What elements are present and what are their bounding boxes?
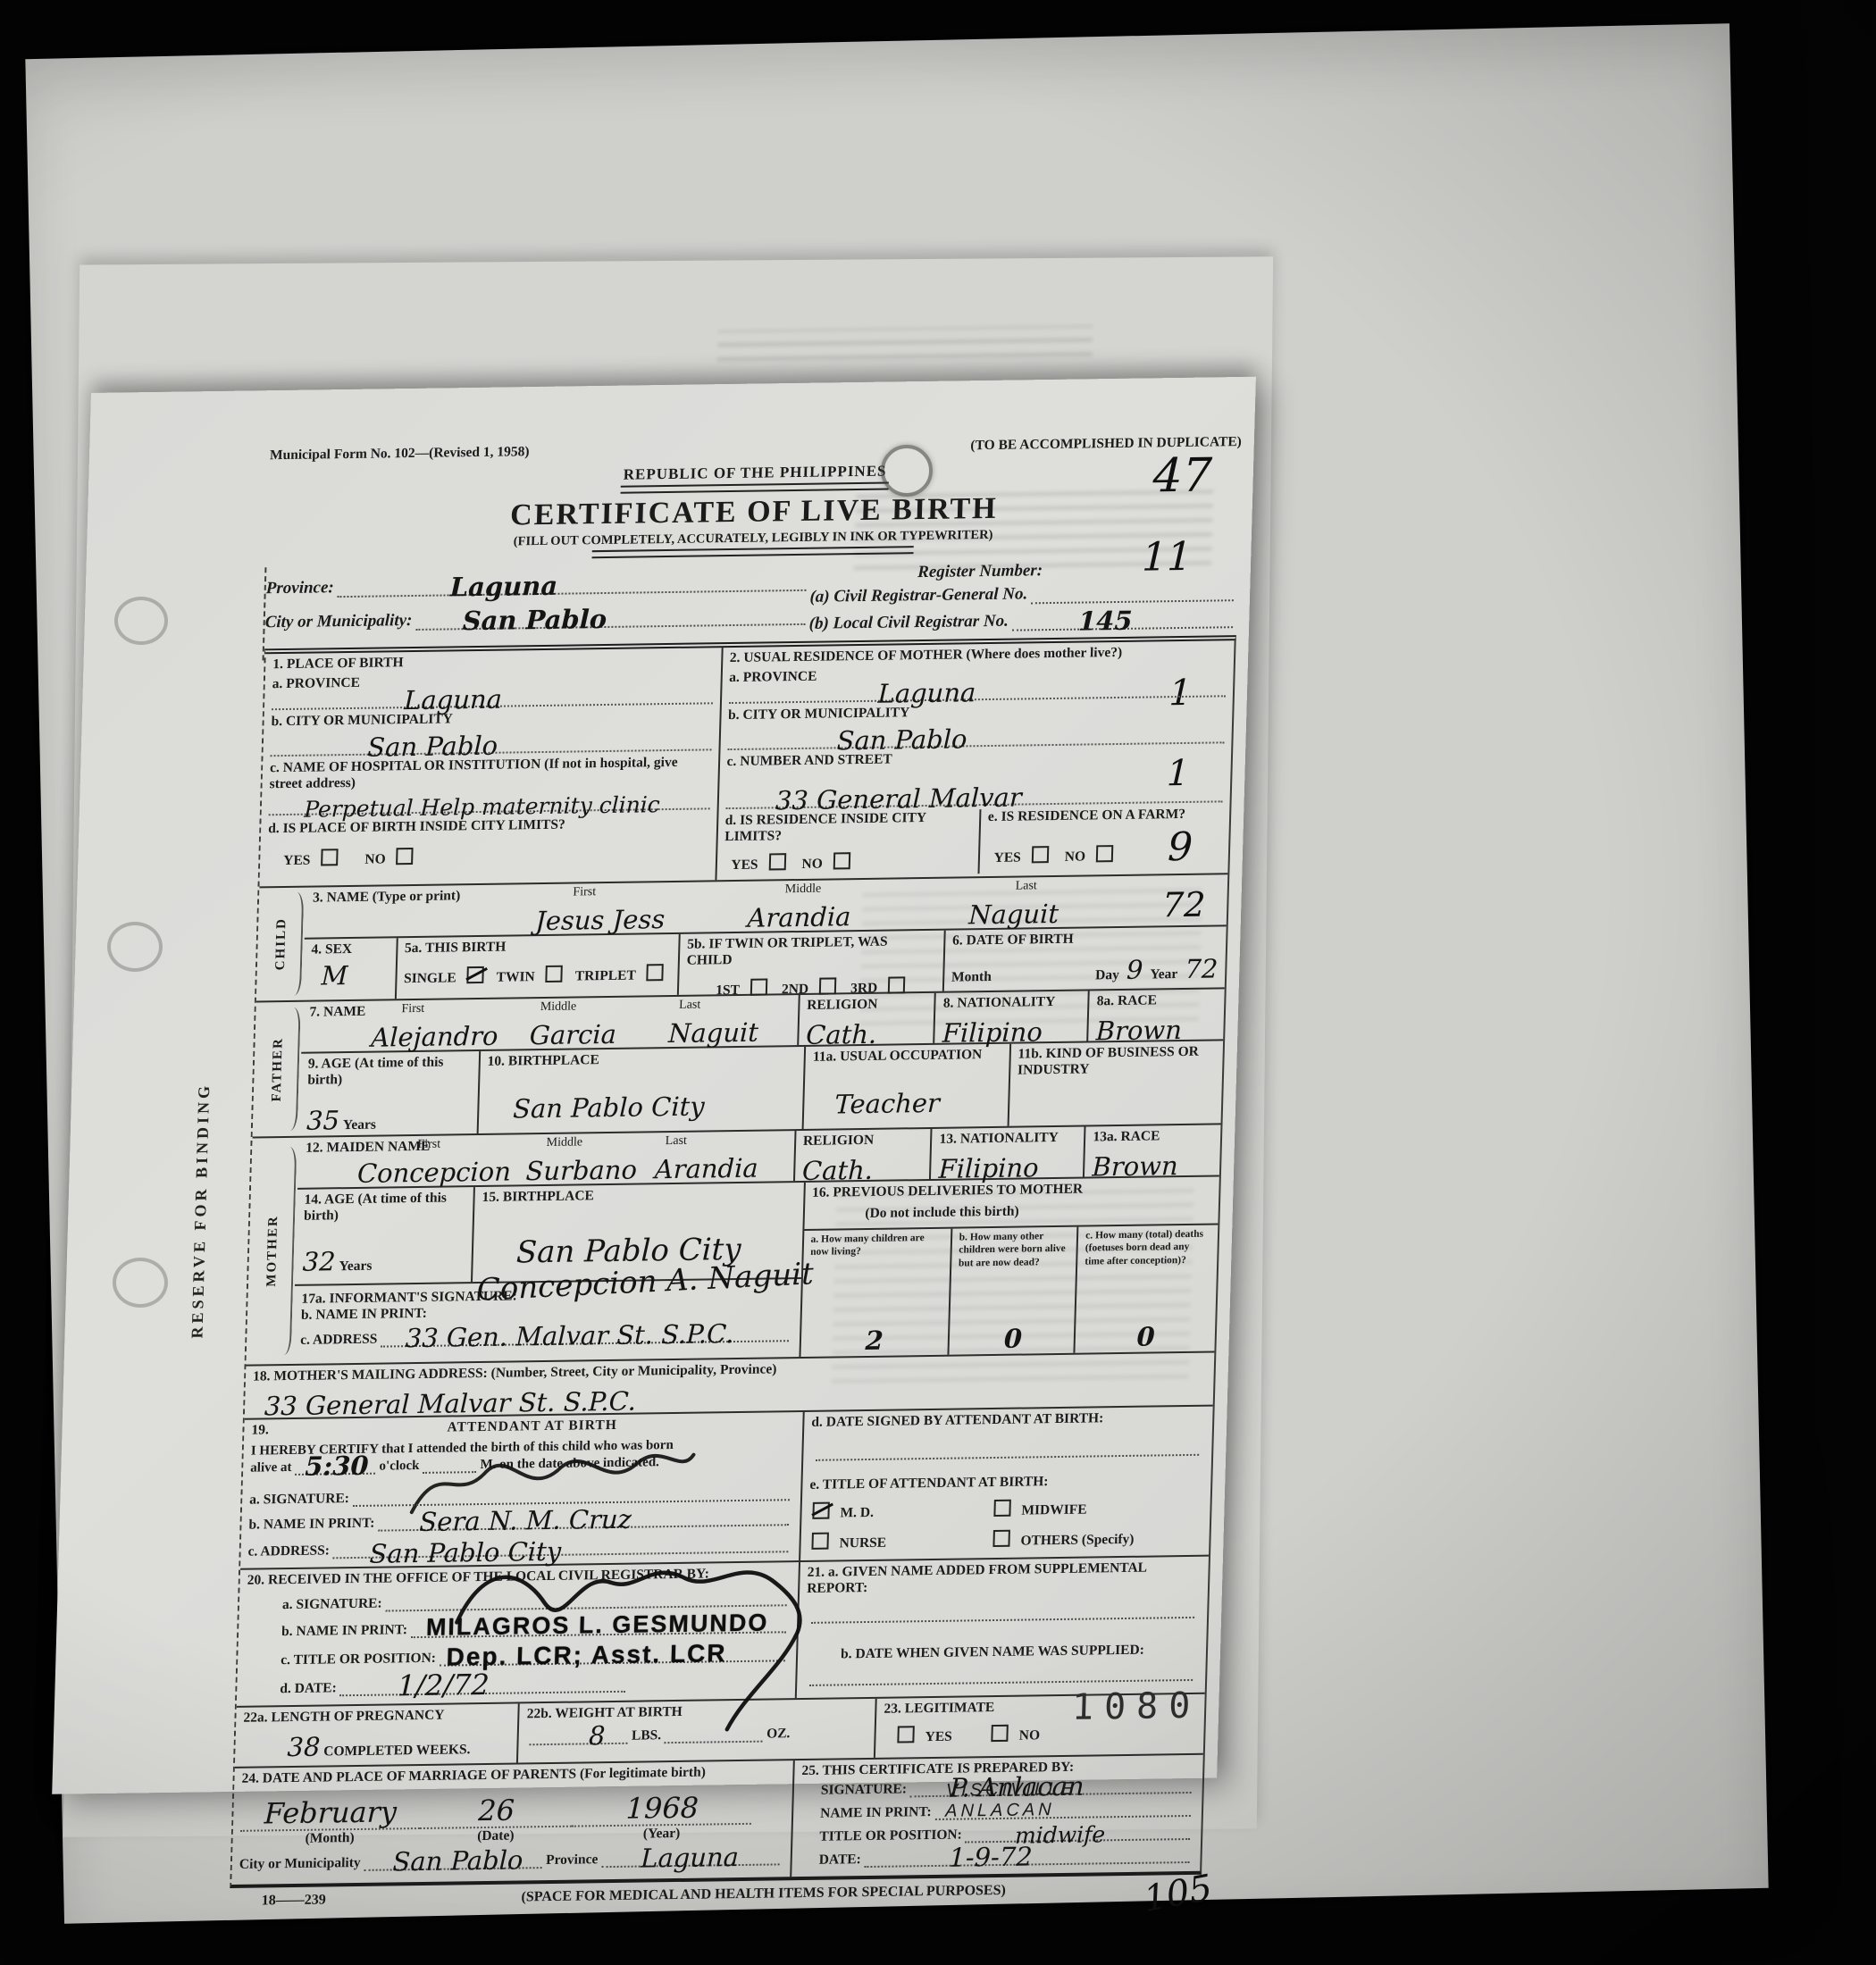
marriage-label: 24. DATE AND PLACE OF MARRIAGE OF PARENT… — [241, 1763, 785, 1787]
sec2-d-label: d. IS RESIDENCE INSIDE CITY LIMITS? — [724, 809, 979, 845]
attendant-print-field: Sera N. M. Cruz — [378, 1524, 789, 1531]
mother-band-label: MOTHER — [247, 1138, 299, 1365]
checkbox-nurse — [811, 1533, 829, 1550]
father-age-cell: 9. AGE (At time of this birth) 35 Years — [299, 1051, 479, 1136]
marriage-city-value: San Pablo — [392, 1847, 523, 1875]
punch-hole-top — [881, 445, 933, 497]
received-title-label: c. TITLE OR POSITION: — [281, 1651, 436, 1668]
mother-residence-cell: 2. USUAL RESIDENCE OF MOTHER (Where does… — [715, 640, 1235, 880]
informant-address-field: 33 Gen. Malvar St. S.P.C. — [381, 1340, 788, 1347]
mother-age-label: 14. AGE (At time of this birth) — [304, 1191, 447, 1224]
checkbox-single — [466, 966, 484, 983]
checkbox-legitimate-yes — [897, 1726, 915, 1743]
father-race-cell: 8a. RACE Brown — [1087, 989, 1225, 1041]
child-band-label: CHILD — [256, 888, 306, 1001]
form-table: 1. PLACE OF BIRTH a. PROVINCE Laguna b. … — [230, 635, 1236, 1888]
mother-religion-label: RELIGION — [803, 1133, 875, 1149]
prev-fetal-cell: c. How many (total) deaths (foetuses bor… — [1074, 1225, 1219, 1352]
received-cell: 20. RECEIVED IN THE OFFICE OF THE LOCAL … — [237, 1562, 799, 1706]
mother-age-unit: Years — [339, 1258, 373, 1275]
marriage-year-header: (Year) — [572, 1823, 752, 1844]
child-first-header: First — [573, 885, 596, 899]
binding-label-text: RESERVE FOR BINDING — [188, 1083, 214, 1339]
prepared-cell: 25. THIS CERTIFICATE IS PREPARED BY: SIG… — [790, 1755, 1203, 1877]
received-label: 20. RECEIVED IN THE OFFICE OF THE LOCAL … — [247, 1565, 791, 1589]
marriage-city-label: City or Municipality — [239, 1855, 361, 1873]
checkbox-place-no — [396, 848, 414, 865]
legitimate-cell: 23. LEGITIMATE YES NO 1080 — [874, 1694, 1205, 1758]
father-band: FATHER 7. NAME First Middle Last Alejand… — [253, 989, 1225, 1138]
dob-year-header: Year — [1150, 966, 1178, 982]
received-row: 20. RECEIVED IN THE OFFICE OF THE LOCAL … — [237, 1557, 1209, 1708]
supplemental-cell: 21. a. GIVEN NAME ADDED FROM SUPPLEMENTA… — [795, 1557, 1209, 1698]
supplemental-a-field — [811, 1615, 1194, 1624]
mother-band: MOTHER 12. MAIDEN NAME First Middle Last… — [246, 1125, 1220, 1366]
checkbox-legitimate-no — [992, 1725, 1009, 1742]
sec2-b-label: b. CITY OR MUNICIPALITY — [728, 705, 910, 723]
checkbox-md — [812, 1502, 830, 1519]
city-field: San Pablo — [415, 623, 806, 631]
province-label: Province: — [265, 578, 334, 598]
mother-first-value: Concepcion — [357, 1159, 512, 1187]
received-title-field: Dep. LCR; Asst. LCR — [440, 1660, 785, 1666]
father-occupation-value: Teacher — [834, 1090, 1001, 1118]
sex-cell: 4. SEX M — [303, 938, 396, 999]
mother-religion-value: Cath. — [802, 1157, 923, 1184]
received-date-label: d. DATE: — [280, 1680, 337, 1697]
this-birth-cell: 5a. THIS BIRTH SINGLE TWIN TRIPLET — [394, 934, 678, 999]
place-residence-row: 1. PLACE OF BIRTH a. PROVINCE Laguna b. … — [259, 640, 1234, 888]
attendant-print-value: Sera N. M. Cruz — [419, 1507, 632, 1535]
marriage-date-value: 26 — [420, 1795, 573, 1826]
registrar-name-stamp: MILAGROS L. GESMUNDO — [426, 1610, 769, 1642]
checkbox-2nd — [819, 977, 837, 994]
checkbox-residence-yes — [768, 853, 786, 870]
father-last-value: Naguit — [668, 1020, 759, 1047]
attendant-date-signed-field — [816, 1452, 1199, 1461]
twin-label: TWIN — [496, 969, 535, 985]
attendant-right-cell: d. DATE SIGNED BY ATTENDANT AT BIRTH: e.… — [799, 1407, 1213, 1560]
pregnancy-cell: 22a. LENGTH OF PREGNANCY 38 COMPLETED WE… — [235, 1703, 518, 1766]
civil-registrar-general-field — [1031, 599, 1234, 604]
attendant-sig-label: a. SIGNATURE: — [249, 1491, 349, 1509]
margin-number-105: 105 — [1141, 1867, 1214, 1920]
prepared-print-field: VISCIVILLE ANLACAN — [934, 1815, 1190, 1820]
checkbox-place-yes — [321, 849, 339, 865]
mother-nationality-cell: 13. NATIONALITY Filipino — [929, 1127, 1084, 1179]
prepared-date-label: DATE: — [818, 1852, 861, 1869]
triplet-label: TRIPLET — [574, 968, 636, 984]
attendant-title-label: e. TITLE OF ATTENDANT AT BIRTH: — [809, 1472, 1203, 1493]
dob-year-value: 72 — [1185, 956, 1219, 982]
punch-hole — [113, 1258, 168, 1308]
sec2-d-no: NO — [801, 857, 823, 872]
prev-living-value: 2 — [865, 1328, 884, 1354]
sec1-b-label: b. CITY OR MUNICIPALITY — [271, 711, 453, 729]
sec1-title: 1. PLACE OF BIRTH — [272, 650, 714, 673]
dob-label: 6. DATE OF BIRTH — [952, 929, 1219, 949]
sex-value: M — [321, 962, 388, 989]
mother-middle-header: Middle — [546, 1135, 582, 1150]
birth-certificate-page: RESERVE FOR BINDING 47 11 1 1 9 72 Munic… — [52, 377, 1256, 1794]
local-civil-registrar-value: 145 — [1078, 608, 1133, 635]
twin-order-label: 5b. IF TWIN OR TRIPLET, WAS CHILD — [686, 933, 936, 969]
prev-living-label: a. How many children are now living? — [810, 1233, 925, 1258]
prepared-title-label: TITLE OR POSITION: — [819, 1827, 962, 1845]
local-civil-registrar-label: (b) Local Civil Registrar No. — [808, 612, 1009, 634]
sec2-a-label: a. PROVINCE — [729, 669, 817, 685]
sec2-c-value: 33 General Malvar — [775, 784, 1023, 814]
previous-deliveries-label: 16. PREVIOUS DELIVERIES TO MOTHER — [812, 1180, 1212, 1201]
midwife-label: MIDWIFE — [1021, 1502, 1087, 1518]
city-value: San Pablo — [462, 606, 607, 634]
father-middle-header: Middle — [540, 999, 577, 1015]
sec1-a-label: a. PROVINCE — [272, 675, 361, 691]
prepared-print-label: NAME IN PRINT: — [820, 1804, 932, 1822]
attendant-meridian-field — [423, 1471, 476, 1474]
marriage-cell: 24. DATE AND PLACE OF MARRIAGE OF PARENT… — [231, 1760, 793, 1885]
local-civil-registrar-field: 145 — [1012, 626, 1234, 631]
prev-living-cell: a. How many children are now living? 2 — [800, 1229, 951, 1357]
checkbox-farm-yes — [1032, 846, 1050, 863]
weight-cell: 22b. WEIGHT AT BIRTH 8 LBS. OZ. — [516, 1699, 875, 1763]
marriage-month-header: (Month) — [239, 1827, 420, 1848]
mother-name-label: 12. MAIDEN NAME — [306, 1139, 431, 1156]
civil-registrar-general-label: (a) Civil Registrar-General No. — [809, 584, 1027, 606]
received-print-label: b. NAME IN PRINT: — [281, 1622, 407, 1640]
father-religion-value: Cath. — [806, 1021, 926, 1049]
marriage-month-value: February — [240, 1797, 421, 1828]
form-number: Municipal Form No. 102—(Revised 1, 1958) — [270, 444, 530, 464]
child-band: CHILD 3. NAME (Type or print) First Midd… — [256, 874, 1227, 1002]
province-value: Laguna — [449, 573, 557, 601]
father-business-cell: 11b. KIND OF BUSINESS OR INDUSTRY — [1007, 1041, 1223, 1125]
prev-fetal-value: 0 — [1136, 1324, 1155, 1350]
sec2-e-label: e. IS RESIDENCE ON A FARM? — [988, 806, 1223, 825]
duplicate-note: (TO BE ACCOMPLISHED IN DUPLICATE) — [970, 434, 1242, 454]
checkbox-residence-no — [833, 852, 851, 869]
father-birthplace-label: 10. BIRTHPLACE — [487, 1052, 599, 1069]
mother-birthplace-label: 15. BIRTHPLACE — [482, 1188, 594, 1205]
father-religion-label: RELIGION — [807, 997, 878, 1013]
child-brace — [290, 892, 304, 996]
marriage-province-label: Province — [546, 1852, 599, 1869]
mother-last-header: Last — [666, 1134, 688, 1149]
punch-hole — [114, 597, 168, 645]
marriage-date-header: (Date) — [419, 1826, 572, 1845]
marriage-city-field: San Pablo — [364, 1867, 542, 1871]
mother-race-label: 13a. RACE — [1093, 1128, 1160, 1144]
others-label: OTHERS (Specify) — [1020, 1532, 1134, 1549]
sec1-c-label: c. NAME OF HOSPITAL OR INSTITUTION (If n… — [269, 755, 677, 791]
checkbox-others — [992, 1530, 1010, 1547]
place-of-birth-cell: 1. PLACE OF BIRTH a. PROVINCE Laguna b. … — [259, 648, 721, 886]
mother-first-header: First — [417, 1138, 440, 1152]
attendant-address-label: c. ADDRESS: — [247, 1543, 330, 1559]
dob-day-value: 9 — [1126, 957, 1143, 983]
father-age-label: 9. AGE (At time of this birth) — [307, 1055, 444, 1088]
sec2-c-label: c. NUMBER AND STREET — [726, 752, 892, 770]
single-label: SINGLE — [404, 970, 456, 986]
supplemental-b-label: b. DATE WHEN GIVEN NAME WAS SUPPLIED: — [841, 1642, 1199, 1663]
city-label: City or Municipality: — [264, 611, 412, 632]
sec2-e-no: NO — [1065, 849, 1086, 865]
father-nationality-cell: 8. NATIONALITY Filipino — [934, 991, 1088, 1042]
mother-last-value: Arandia — [654, 1156, 758, 1183]
mother-religion-cell: RELIGION Cath. — [793, 1129, 931, 1181]
prev-dead-cell: b. How many other children were born ali… — [947, 1227, 1076, 1355]
attendant-time-field: 5:30 — [295, 1473, 375, 1476]
father-band-label: FATHER — [253, 1002, 303, 1137]
father-brace — [287, 1008, 301, 1131]
legitimate-no: NO — [1019, 1727, 1041, 1743]
previous-deliveries-cell: 16. PREVIOUS DELIVERIES TO MOTHER (Do no… — [799, 1176, 1219, 1357]
pregnancy-value: 38 — [287, 1732, 321, 1763]
attendant-row: 19. ATTENDANT AT BIRTH I HEREBY CERTIFY … — [240, 1407, 1213, 1570]
father-name-label: 7. NAME — [309, 1004, 365, 1020]
mother-race-cell: 13a. RACE Brown — [1083, 1125, 1220, 1176]
father-last-header: Last — [679, 999, 701, 1013]
weight-lbs-field: 8 — [530, 1743, 628, 1746]
prepared-sig-label: SIGNATURE: — [821, 1781, 908, 1798]
father-middle-value: Garcia — [529, 1022, 616, 1049]
marriage-province-field: Laguna — [601, 1863, 780, 1868]
child-middle-value: Arandia — [747, 904, 851, 932]
father-business-label: 11b. KIND OF BUSINESS OR INDUSTRY — [1018, 1044, 1199, 1078]
md-label: M. D. — [840, 1505, 874, 1521]
prev-dead-label: b. How many other children were born ali… — [959, 1231, 1066, 1268]
received-date-value: 1/2/72 — [397, 1670, 490, 1700]
pregnancy-unit: COMPLETED WEEKS. — [323, 1742, 471, 1759]
double-rule — [621, 482, 889, 494]
informant-address-label: c. ADDRESS — [300, 1332, 378, 1349]
received-sig-label: a. SIGNATURE: — [282, 1596, 382, 1614]
sec1-c-value: Perpetual Help maternity clinic — [304, 793, 660, 821]
register-number-label: Register Number: — [810, 558, 1238, 584]
previous-deliveries-note: (Do not include this birth) — [865, 1201, 1211, 1222]
twin-order-cell: 5b. IF TWIN OR TRIPLET, WAS CHILD 1ST 2N… — [677, 931, 944, 995]
mother-age-value: 32 — [302, 1246, 336, 1277]
father-race-value: Brown — [1095, 1016, 1216, 1044]
checkbox-twin — [546, 966, 564, 982]
prev-dead-value: 0 — [1003, 1326, 1022, 1352]
sec2-e-yes: YES — [993, 850, 1021, 865]
informant-cell: 17a. INFORMANT'S SIGNATURE: b. NAME IN P… — [293, 1279, 800, 1351]
punch-hole — [107, 922, 163, 972]
attendant-date-signed-label: d. DATE SIGNED BY ATTENDANT AT BIRTH: — [811, 1409, 1205, 1431]
mother-age-informant-row: 14. AGE (At time of this birth) 32 Years… — [293, 1176, 1219, 1364]
father-nationality-label: 8. NATIONALITY — [943, 994, 1056, 1011]
checkbox-farm-no — [1096, 845, 1114, 862]
legitimate-yes: YES — [925, 1729, 952, 1744]
pregnancy-label: 22a. LENGTH OF PREGNANCY — [243, 1707, 511, 1727]
sec2-d-yes: YES — [731, 857, 758, 873]
dob-day-header: Day — [1095, 967, 1119, 983]
child-middle-header: Middle — [784, 882, 821, 898]
father-birthplace-cell: 10. BIRTHPLACE San Pablo City — [476, 1047, 804, 1133]
scanned-photo-scene: RESERVE FOR BINDING 47 11 1 1 9 72 Munic… — [0, 0, 1876, 1965]
father-first-header: First — [401, 1002, 424, 1016]
checkbox-triplet — [647, 964, 665, 981]
prepared-date-field: 1-9-72 — [865, 1861, 1190, 1868]
attendant-certify-tail: M. on the date above indicated. — [480, 1455, 659, 1473]
prepared-date-value: 1-9-72 — [949, 1844, 1033, 1870]
marriage-province-value: Laguna — [641, 1844, 740, 1872]
father-age-value: 35 — [306, 1105, 340, 1136]
date-of-birth-cell: 6. DATE OF BIRTH Month Day 9 Year 72 — [942, 926, 1227, 991]
child-first-value: Jesus Jess — [535, 907, 666, 934]
sex-label: 4. SEX — [311, 941, 389, 957]
attendant-address-value: San Pablo City — [369, 1539, 561, 1568]
prev-fetal-label: c. How many (total) deaths (foetuses bor… — [1085, 1229, 1203, 1267]
child-last-value: Naguit — [968, 901, 1059, 928]
oz-label: OZ. — [766, 1726, 791, 1742]
father-occupation-cell: 11a. USUAL OCCUPATION Teacher — [802, 1044, 1009, 1129]
register-block: Province: Laguna City or Municipality: S… — [264, 558, 1238, 641]
checkbox-midwife — [993, 1500, 1011, 1517]
attendant-certify-aliveat: alive at — [250, 1460, 292, 1476]
attendant-section-number: 19. — [251, 1422, 269, 1438]
sec2-a-value: Laguna — [877, 680, 976, 707]
father-occupation-label: 11a. USUAL OCCUPATION — [813, 1047, 983, 1065]
attendant-address-field: San Pablo City — [333, 1551, 789, 1559]
sec2-title: 2. USUAL RESIDENCE OF MOTHER (Where does… — [730, 643, 1227, 666]
attendant-print-label: b. NAME IN PRINT: — [248, 1516, 374, 1534]
form-content: Municipal Form No. 102—(Revised 1, 1958)… — [229, 434, 1242, 1910]
footer-form-code: 18——239 — [261, 1892, 325, 1909]
marriage-prepared-row: 24. DATE AND PLACE OF MARRIAGE OF PARENT… — [231, 1755, 1203, 1885]
received-print-field: MILAGROS L. GESMUNDO — [411, 1631, 786, 1638]
supplemental-a-label: 21. a. GIVEN NAME ADDED FROM SUPPLEMENTA… — [807, 1559, 1202, 1597]
checkbox-3rd — [888, 976, 906, 993]
prepared-print-value: VISCIVILLE ANLACAN — [945, 1777, 1192, 1822]
reserve-for-binding-label: RESERVE FOR BINDING — [188, 918, 218, 1339]
checkbox-1st — [750, 978, 768, 995]
child-birth-row: 4. SEX M 5a. THIS BIRTH SINGLE TWIN — [303, 926, 1227, 999]
father-religion-cell: RELIGION Cath. — [797, 993, 934, 1045]
province-field: Laguna — [337, 589, 806, 598]
weight-value: 8 — [589, 1723, 606, 1749]
attendant-certify-oclock: o'clock — [379, 1459, 419, 1475]
registry-number-stamp: 1080 — [1071, 1685, 1202, 1728]
father-birthplace-value: San Pablo City — [513, 1092, 796, 1122]
lbs-label: LBS. — [632, 1727, 662, 1743]
informant-address-value: 33 Gen. Malvar St. S.P.C. — [405, 1321, 734, 1351]
child-last-header: Last — [1015, 879, 1037, 893]
father-name-cell: 7. NAME First Middle Last Alejandro Garc… — [301, 995, 798, 1052]
father-age-row: 9. AGE (At time of this birth) 35 Years … — [299, 1041, 1223, 1135]
sec1-no-label: NO — [364, 851, 386, 866]
dob-month-header: Month — [951, 969, 992, 986]
mother-age-cell: 14. AGE (At time of this birth) 32 Years — [295, 1187, 473, 1284]
attendant-title: ATTENDANT AT BIRTH — [269, 1415, 796, 1438]
mother-race-value: Brown — [1092, 1153, 1212, 1181]
weight-oz-field — [665, 1741, 763, 1744]
mother-nationality-label: 13. NATIONALITY — [939, 1130, 1059, 1147]
sec1-a-value: Laguna — [404, 687, 503, 715]
child-name-label: 3. NAME (Type or print) — [313, 888, 461, 905]
this-birth-label: 5a. THIS BIRTH — [405, 937, 672, 957]
father-first-value: Alejandro — [371, 1024, 498, 1051]
attendant-time-value: 5:30 — [305, 1453, 369, 1480]
father-race-label: 8a. RACE — [1097, 992, 1158, 1008]
supplemental-b-field — [809, 1677, 1193, 1686]
attendant-left-cell: 19. ATTENDANT AT BIRTH I HEREBY CERTIFY … — [240, 1412, 803, 1568]
received-date-field: 1/2/72 — [340, 1691, 626, 1696]
weight-label: 22b. WEIGHT AT BIRTH — [526, 1702, 867, 1722]
sec1-yes-label: YES — [283, 853, 311, 868]
father-age-unit: Years — [343, 1117, 377, 1133]
mother-name-cell: 12. MAIDEN NAME First Middle Last Concep… — [297, 1131, 794, 1188]
nurse-label: NURSE — [839, 1535, 886, 1551]
marriage-year-value: 1968 — [572, 1793, 752, 1824]
mother-middle-value: Surbano — [525, 1158, 637, 1185]
